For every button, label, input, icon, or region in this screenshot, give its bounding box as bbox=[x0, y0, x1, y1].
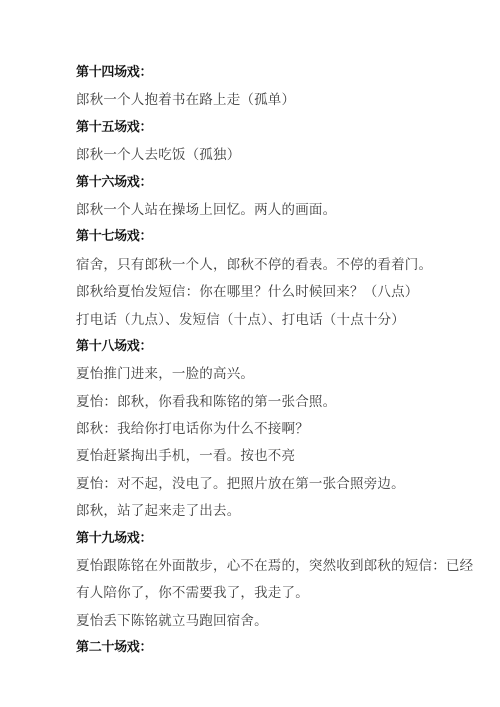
scene-17-line-3: 打电话（九点）、发短信（十点）、打电话（十点十分） bbox=[76, 311, 486, 338]
scene-19-heading: 第十九场戏： bbox=[76, 530, 486, 557]
scene-14-line: 郎秋一个人抱着书在路上走（孤单） bbox=[76, 91, 486, 118]
scene-18-line-6: 郎秋，站了起来走了出去。 bbox=[76, 502, 486, 529]
scene-17-line-1: 宿舍，只有郎秋一个人，郎秋不停的看表。不停的看着门。 bbox=[76, 256, 486, 283]
scene-19-line-2: 有人陪你了，你不需要我了，我走了。 bbox=[76, 584, 486, 611]
scene-18-heading: 第十八场戏： bbox=[76, 338, 486, 365]
scene-18-line-4: 夏怡赶紧掏出手机，一看。按也不亮 bbox=[76, 447, 486, 474]
scene-19-line-1: 夏怡跟陈铭在外面散步，心不在焉的，突然收到郎秋的短信：已经 bbox=[76, 557, 486, 584]
scene-15-heading: 第十五场戏： bbox=[76, 119, 486, 146]
scene-16-heading: 第十六场戏： bbox=[76, 174, 486, 201]
scene-16-line: 郎秋一个人站在操场上回忆。两人的画面。 bbox=[76, 201, 486, 228]
scene-20-heading: 第二十场戏： bbox=[76, 639, 486, 666]
scene-18-line-2: 夏怡：郎秋，你看我和陈铭的第一张合照。 bbox=[76, 393, 486, 420]
scene-18-line-3: 郎秋：我给你打电话你为什么不接啊？ bbox=[76, 420, 486, 447]
scene-18-line-1: 夏怡推门进来，一脸的高兴。 bbox=[76, 365, 486, 392]
scene-17-heading: 第十七场戏： bbox=[76, 228, 486, 255]
scene-17-line-2: 郎秋给夏怡发短信：你在哪里？什么时候回来？（八点） bbox=[76, 283, 486, 310]
scene-19-line-3: 夏怡丢下陈铭就立马跑回宿舍。 bbox=[76, 612, 486, 639]
document-page: 第十四场戏： 郎秋一个人抱着书在路上走（孤单） 第十五场戏： 郎秋一个人去吃饭（… bbox=[76, 64, 486, 667]
scene-14-heading: 第十四场戏： bbox=[76, 64, 486, 91]
scene-18-line-5: 夏怡：对不起，没电了。把照片放在第一张合照旁边。 bbox=[76, 475, 486, 502]
scene-15-line: 郎秋一个人去吃饭（孤独） bbox=[76, 146, 486, 173]
